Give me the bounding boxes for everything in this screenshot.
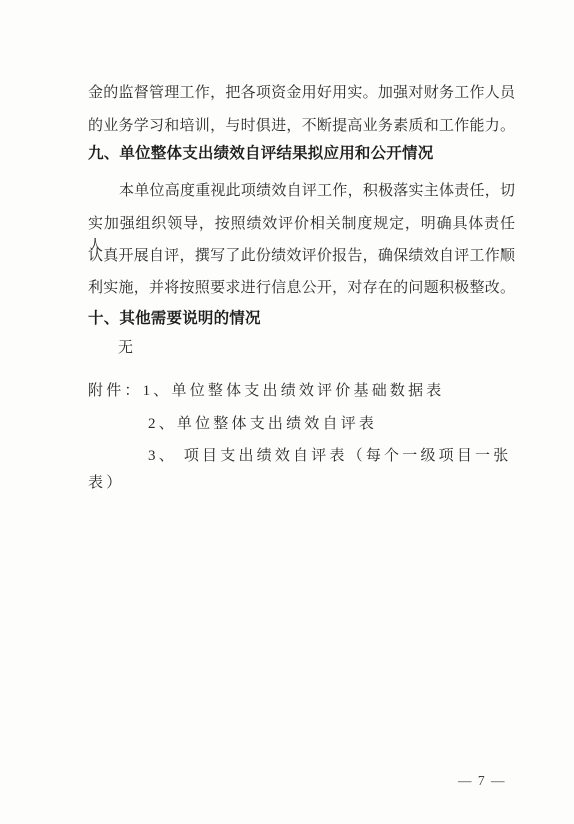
continued-paragraph-line: 金的监督管理工作，把各项资金用好用实。加强对财务工作人员: [88, 82, 515, 104]
section-ten-heading: 十、其他需要说明的情况: [88, 308, 261, 330]
attachment-line: 表）: [88, 472, 124, 494]
document-page: 金的监督管理工作，把各项资金用好用实。加强对财务工作人员 的业务学习和培训，与时…: [0, 0, 574, 824]
attachment-line: 2、单位整体支出绩效自评表: [148, 413, 377, 435]
attachment-line: 3、 项目支出绩效自评表（每个一级项目一张: [148, 445, 511, 467]
section-nine-paragraph-line: 利实施，并将按照要求进行信息公开，对存在的问题积极整改。: [88, 277, 515, 299]
continued-paragraph-line: 的业务学习和培训，与时俱进，不断提高业务素质和工作能力。: [88, 115, 515, 137]
section-nine-paragraph-line: 认真开展自评，撰写了此份绩效评价报告，确保绩效自评工作顺: [88, 245, 515, 267]
section-nine-paragraph-line: 本单位高度重视此项绩效自评工作，积极落实主体责任，切: [88, 180, 515, 202]
attachment-line: 附件：1、单位整体支出绩效评价基础数据表: [88, 380, 445, 402]
section-nine-heading: 九、单位整体支出绩效自评结果拟应用和公开情况: [88, 143, 433, 165]
section-ten-content: 无: [118, 337, 133, 359]
page-number: — 7 —: [458, 772, 506, 790]
